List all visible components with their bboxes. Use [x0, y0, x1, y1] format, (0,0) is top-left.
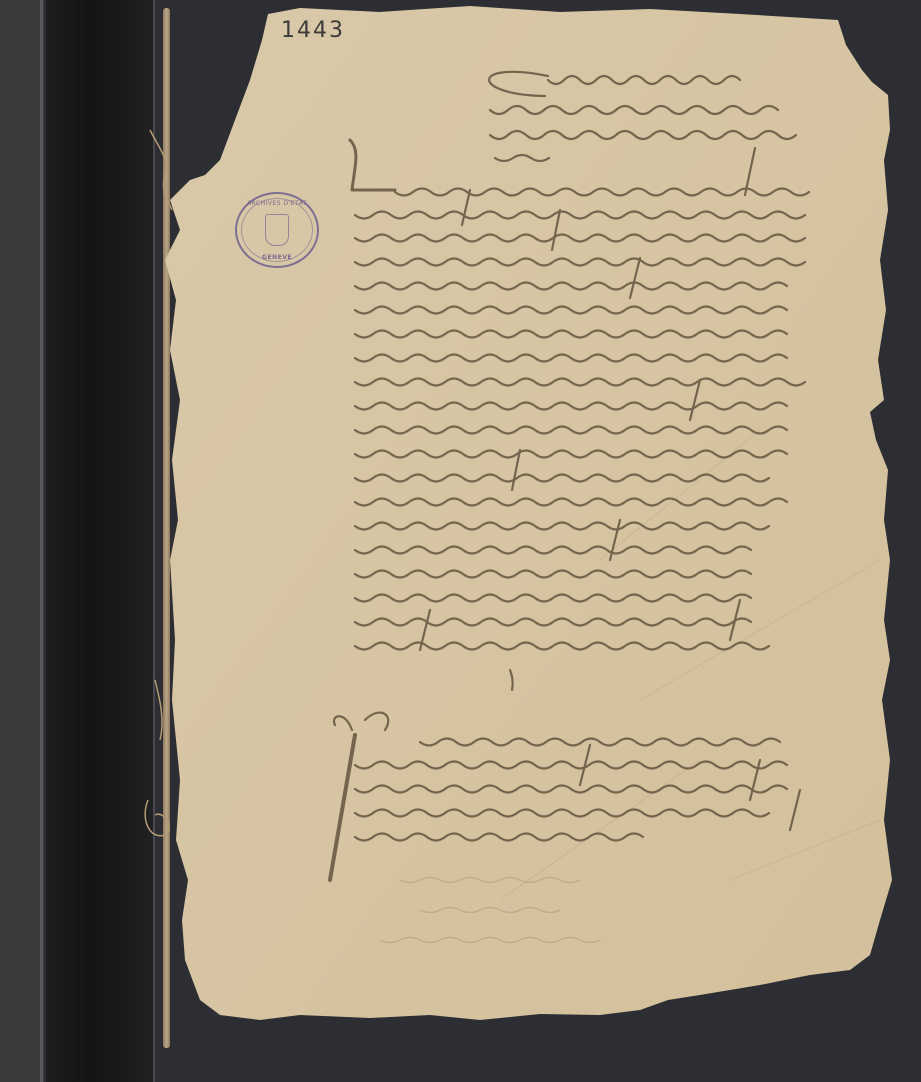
folio-number: 1443 [281, 18, 345, 43]
stamp-top-text: ARCHIVES D'ETAT [237, 200, 317, 207]
stamp-emblem-icon [265, 214, 289, 246]
archive-stamp: ARCHIVES D'ETAT GENEVE [235, 192, 319, 268]
manuscript-page [0, 0, 921, 1082]
stamp-bottom-text: GENEVE [237, 254, 317, 261]
